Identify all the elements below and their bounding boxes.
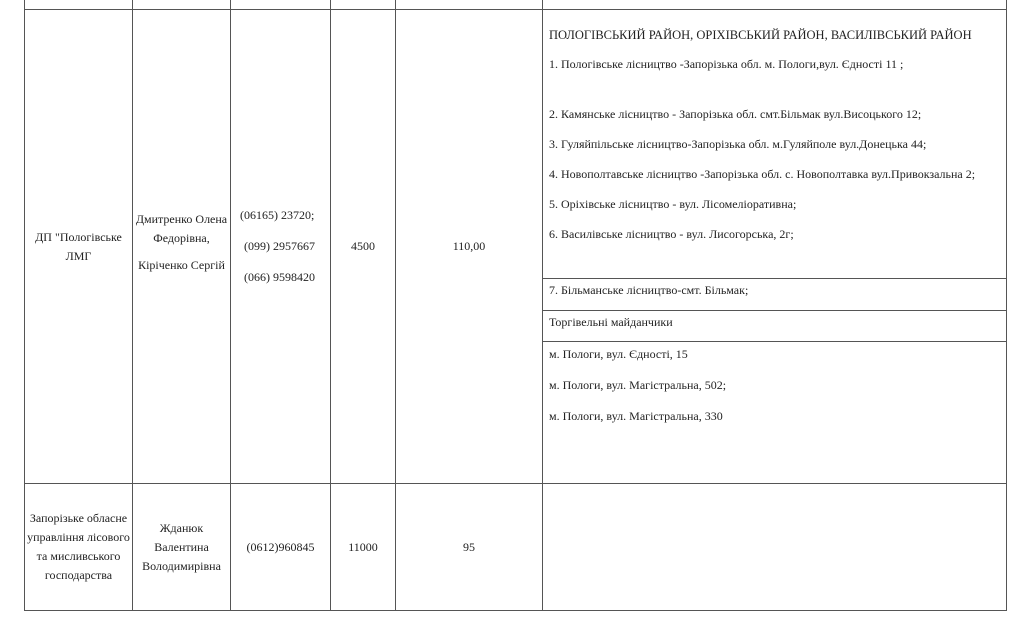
volume-cell: 11000	[331, 484, 396, 611]
forestry-address: 2. Камянське лісництво - Запорізька обл.…	[549, 105, 1000, 124]
contact-name: Кіріченко Сергій	[133, 256, 230, 275]
cell	[331, 0, 396, 10]
table-row: Запорізьке обласне управління лісового т…	[25, 484, 1007, 611]
volume-value: 11000	[348, 540, 378, 554]
addresses-cell	[543, 484, 1007, 611]
market-address: м. Пологи, вул. Єдності, 15	[549, 345, 1000, 364]
phone-number: (066) 9598420	[231, 262, 330, 293]
forestry-address: 3. Гуляйпільське лісництво-Запорізька об…	[549, 135, 1000, 154]
cell	[396, 0, 543, 10]
contacts-cell: Дмитренко Олена Федорівна, Кіріченко Сер…	[133, 10, 231, 484]
volume-value: 4500	[351, 239, 375, 253]
markets-block: м. Пологи, вул. Єдності, 15 м. Пологи, в…	[543, 342, 1006, 426]
phones-cell: (0612)960845	[231, 484, 331, 611]
cell	[543, 0, 1007, 10]
phone-number: (099) 2957667	[231, 231, 330, 262]
contacts-cell: Жданюк Валентина Володимирівна	[133, 484, 231, 611]
timber-sales-table: ДП "Пологівське ЛМГ Дмитренко Олена Федо…	[24, 0, 1007, 611]
price-cell: 110,00	[396, 10, 543, 484]
market-address: м. Пологи, вул. Магістральна, 330	[549, 407, 1000, 426]
addresses-cell: ПОЛОГІВСЬКИЙ РАЙОН, ОРІХІВСЬКИЙ РАЙОН, В…	[543, 10, 1007, 484]
price-value: 95	[463, 540, 475, 554]
organization-name: ДП "Пологівське ЛМГ	[35, 230, 122, 263]
phone-number: (06165) 23720;	[231, 200, 330, 231]
organization-cell: Запорізьке обласне управління лісового т…	[25, 484, 133, 611]
volume-cell: 4500	[331, 10, 396, 484]
forestry-address: 5. Оріхівське лісництво - вул. Лісомеліо…	[549, 195, 1000, 214]
forestry-address: 6. Василівське лісництво - вул. Лисогорс…	[549, 225, 1000, 244]
cell	[25, 0, 133, 10]
market-address: м. Пологи, вул. Магістральна, 502;	[549, 376, 1000, 395]
cell	[231, 0, 331, 10]
organization-name: Запорізьке обласне управління лісового т…	[27, 511, 130, 582]
markets-title-block: Торгівельні майданчики	[543, 311, 1006, 342]
table-row-previous	[25, 0, 1007, 10]
price-value: 110,00	[453, 239, 486, 253]
phones-cell: (06165) 23720; (099) 2957667 (066) 95984…	[231, 10, 331, 484]
contact-name: Жданюк Валентина Володимирівна	[142, 521, 221, 573]
forestry-address: 1. Пологівське лісництво -Запорізька обл…	[549, 55, 1000, 74]
contact-name: Дмитренко Олена Федорівна,	[133, 210, 230, 248]
cell	[133, 0, 231, 10]
table-row: ДП "Пологівське ЛМГ Дмитренко Олена Федо…	[25, 10, 1007, 484]
districts-header: ПОЛОГІВСЬКИЙ РАЙОН, ОРІХІВСЬКИЙ РАЙОН, В…	[549, 26, 1000, 45]
price-cell: 95	[396, 484, 543, 611]
forestry-address: 7. Більманське лісництво-смт. Більмак;	[549, 281, 1000, 300]
phone-number: (0612)960845	[247, 540, 315, 554]
forestry-address: 4. Новополтавське лісництво -Запорізька …	[549, 165, 1000, 184]
forestry-7-block: 7. Більманське лісництво-смт. Більмак;	[543, 279, 1006, 311]
organization-cell: ДП "Пологівське ЛМГ	[25, 10, 133, 484]
markets-title: Торгівельні майданчики	[549, 313, 1000, 332]
forestries-block: ПОЛОГІВСЬКИЙ РАЙОН, ОРІХІВСЬКИЙ РАЙОН, В…	[543, 10, 1006, 279]
